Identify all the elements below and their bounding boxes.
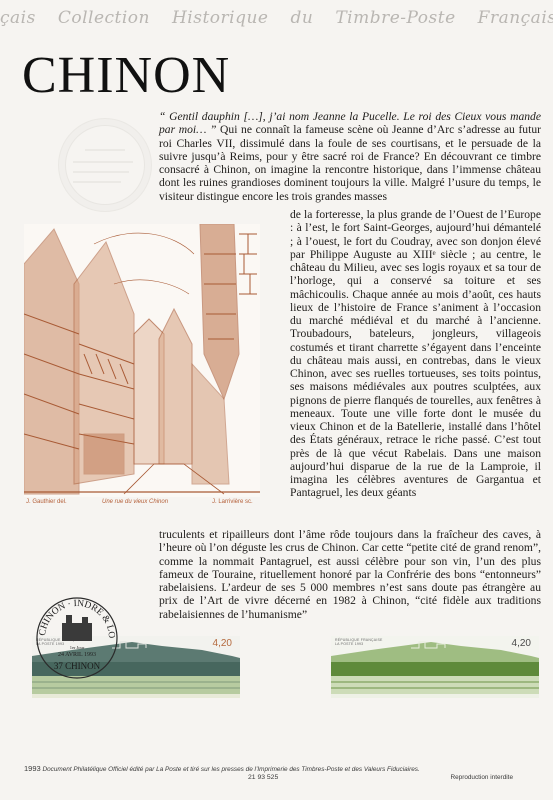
banner-word: çais xyxy=(0,8,36,28)
stamp-value: 4,20 xyxy=(213,638,232,649)
article-column: de la forteresse, la plus grande de l’Ou… xyxy=(290,208,541,500)
document-number: 21 93 525 xyxy=(248,774,278,781)
postmark-icon: CHINON · INDRE & LOIRE 1er Jour 24 AVRIL… xyxy=(34,595,120,681)
stamp-value: 4,20 xyxy=(512,638,531,649)
banner-word: Timbre-Poste xyxy=(335,8,455,28)
engraving-illustration xyxy=(24,224,260,497)
reproduction-notice: Reproduction interdite xyxy=(450,774,513,781)
engraver-credit: J. Larrivière sc. xyxy=(212,499,253,505)
first-day-postmark: CHINON · INDRE & LOIRE 1er Jour 24 AVRIL… xyxy=(34,595,120,681)
street-engraving-image xyxy=(24,224,260,497)
stamp-country: RÉPUBLIQUE FRANÇAISELA POSTE 1993 xyxy=(335,638,383,646)
artist-credit: J. Gauthier del. xyxy=(26,499,67,505)
svg-text:24 AVRIL 1993: 24 AVRIL 1993 xyxy=(58,652,96,658)
svg-text:37 CHINON: 37 CHINON xyxy=(54,661,101,671)
article-intro: “ Gentil dauphin […], j’ai nom Jeanne la… xyxy=(159,110,541,203)
svg-text:1er Jour: 1er Jour xyxy=(70,645,85,650)
article-paragraph-3: truculents et ripailleurs dont l’âme rôd… xyxy=(159,528,541,621)
collection-banner: çaisCollectionHistoriqueduTimbre-PosteFr… xyxy=(0,0,553,36)
banner-word: du xyxy=(291,8,314,28)
banner-word: Français xyxy=(478,8,553,28)
stamp-mint: RÉPUBLIQUE FRANÇAISELA POSTE 1993 4,20 xyxy=(331,636,539,698)
embossed-seal xyxy=(58,118,152,212)
banner-word: Collection xyxy=(58,8,150,28)
article-paragraph-2: de la forteresse, la plus grande de l’Ou… xyxy=(290,208,541,500)
page-title: CHINON xyxy=(22,48,230,104)
article-paragraph-1: Qui ne connaît la fameuse scène où Jeann… xyxy=(159,123,541,202)
footer-publisher-line: 1993 Document Philatélique Officiel édit… xyxy=(24,764,420,773)
footer-text: Document Philatélique Officiel édité par… xyxy=(41,766,420,773)
article-conclusion: truculents et ripailleurs dont l’âme rôd… xyxy=(159,528,541,621)
illustration-caption: Une rue du vieux Chinon xyxy=(102,499,168,505)
banner-word: Historique xyxy=(172,8,269,28)
footer-year: 1993 xyxy=(24,764,41,773)
